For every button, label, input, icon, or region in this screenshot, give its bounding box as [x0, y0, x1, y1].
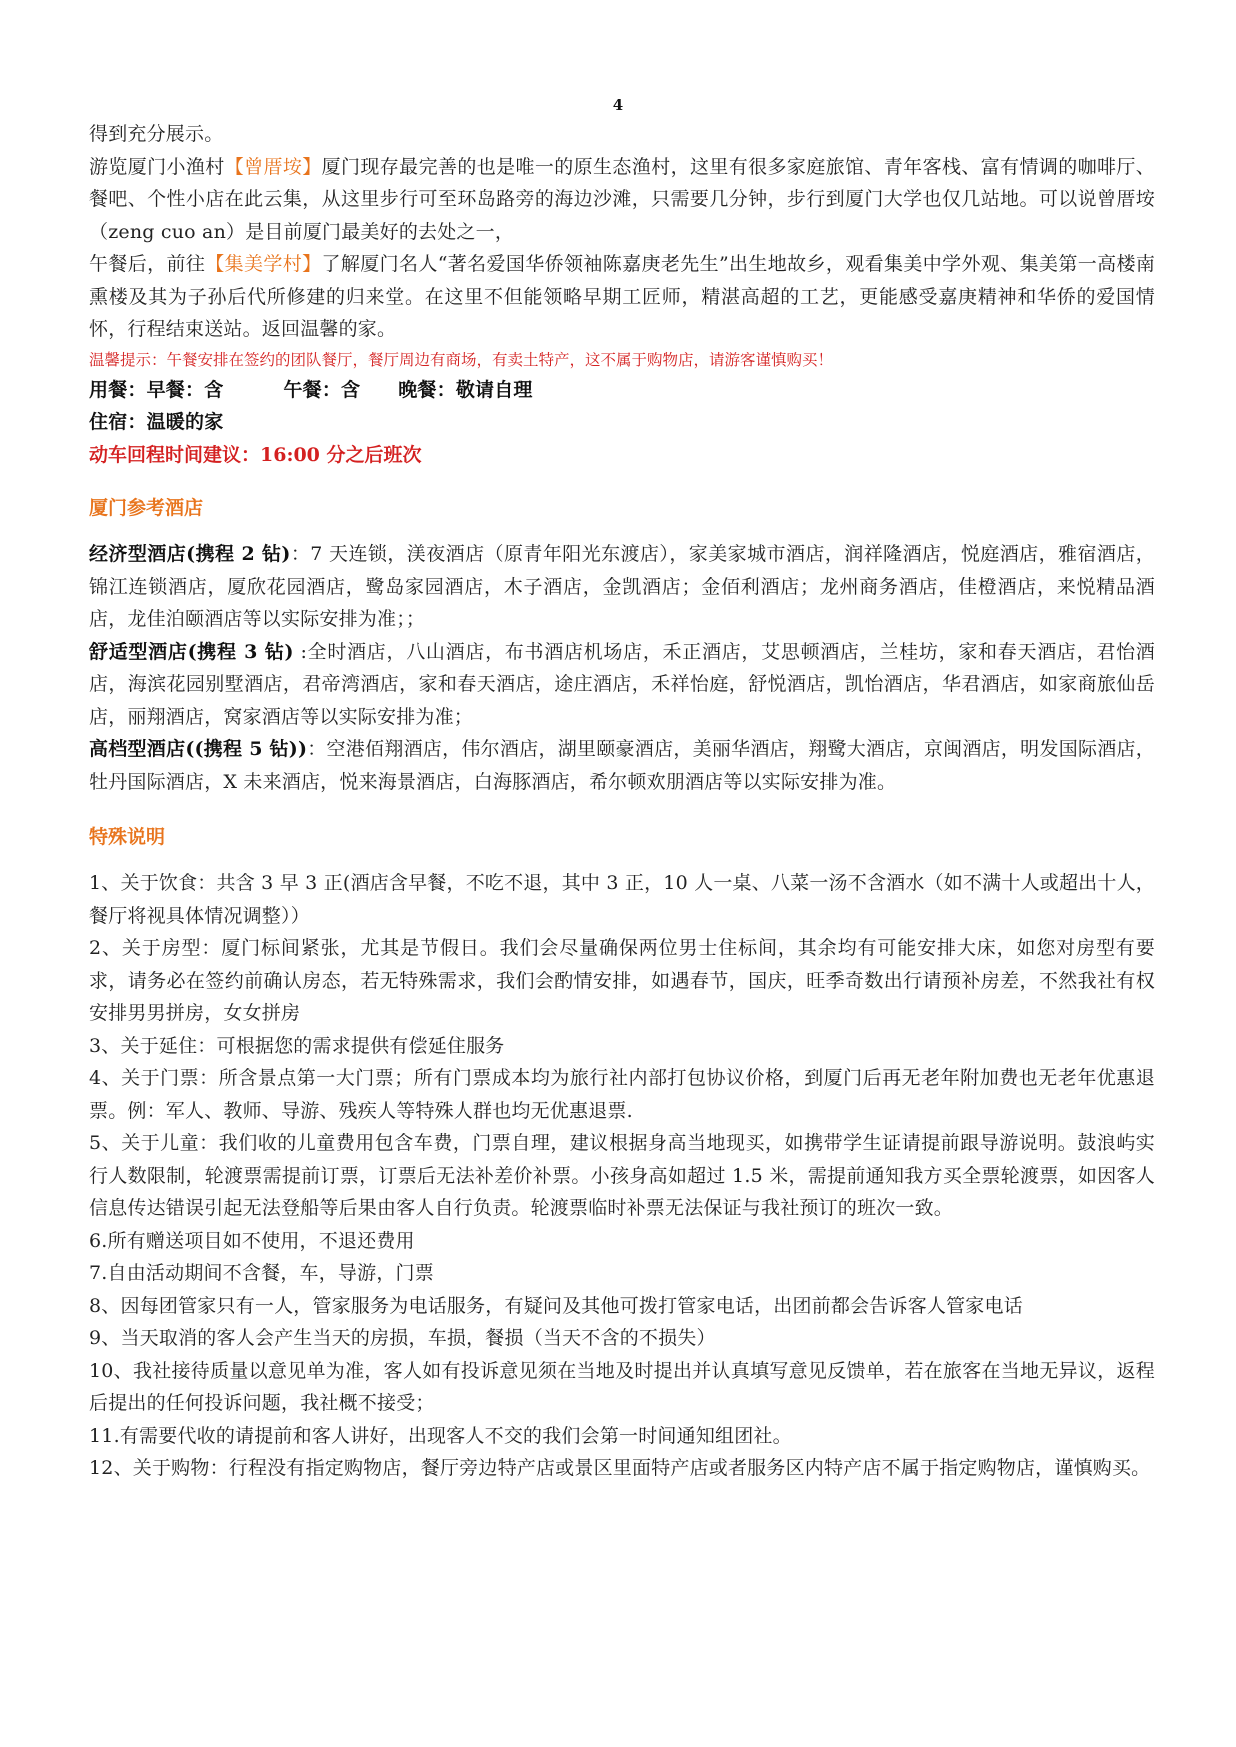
note-item: 6.所有赠送项目如不使用，不退还费用 — [89, 1225, 1155, 1258]
meals-label: 用餐： — [89, 379, 147, 401]
hotel-tier-label: 经济型酒店(携程 2 钻) — [89, 543, 291, 565]
lunch: 午餐：含 — [283, 379, 360, 401]
hotels-section-title: 厦门参考酒店 — [89, 493, 1155, 520]
warm-tip: 温馨提示：午餐安排在签约的团队餐厅，餐厅周边有商场，有卖土特产，这不属于购物店，… — [89, 346, 1155, 374]
hotel-tier-comfort: 舒适型酒店(携程 3 钻) :全时酒店，八山酒店，布书酒店机场店，禾正酒店，艾思… — [89, 636, 1155, 734]
paragraph-jimei: 午餐后，前往【集美学村】了解厦门名人“著名爱国华侨领袖陈嘉庚老先生”出生地故乡，… — [89, 248, 1155, 346]
note-item: 12、关于购物：行程没有指定购物店，餐厅旁边特产店或景区里面特产店或者服务区内特… — [89, 1452, 1155, 1485]
notes-section-title: 特殊说明 — [89, 822, 1155, 849]
highlight-jimei: 【集美学村】 — [205, 253, 321, 275]
paragraph-zengcuoan: 游览厦门小渔村【曾厝垵】厦门现存最完善的也是唯一的原生态渔村，这里有很多家庭旅馆… — [89, 151, 1155, 249]
note-item: 11.有需要代收的请提前和客人讲好，出现客人不交的我们会第一时间通知组团社。 — [89, 1420, 1155, 1453]
note-item: 1、关于饮食：共含 3 早 3 正(酒店含早餐，不吃不退，其中 3 正，10 人… — [89, 867, 1155, 932]
note-item: 3、关于延住：可根据您的需求提供有偿延住服务 — [89, 1030, 1155, 1063]
note-item: 5、关于儿童：我们收的儿童费用包含车费，门票自理，建议根据身高当地现买，如携带学… — [89, 1127, 1155, 1225]
train-advice: 动车回程时间建议：16:00 分之后班次 — [89, 439, 1155, 472]
hotel-tier-label: 高档型酒店((携程 5 钻)) — [89, 738, 307, 760]
hotel-tier-label: 舒适型酒店(携程 3 钻) — [89, 641, 294, 663]
note-item: 9、当天取消的客人会产生当天的房损，车损，餐损（当天不含的不损失） — [89, 1322, 1155, 1355]
hotel-tier-economy: 经济型酒店(携程 2 钻)：7 天连锁，渼夜酒店（原青年阳光东渡店），家美家城市… — [89, 538, 1155, 636]
continued-text: 得到充分展示。 — [89, 118, 1155, 151]
hotel-tier-premium: 高档型酒店((携程 5 钻))：空港佰翔酒店，伟尔酒店，湖里颐豪酒店，美丽华酒店… — [89, 733, 1155, 798]
note-item: 2、关于房型：厦门标间紧张，尤其是节假日。我们会尽量确保两位男士住标间，其余均有… — [89, 932, 1155, 1030]
meals-line: 用餐：早餐：含午餐：含晚餐：敬请自理 — [89, 374, 1155, 407]
document-page: 4 得到充分展示。 游览厦门小渔村【曾厝垵】厦门现存最完善的也是唯一的原生态渔村… — [0, 0, 1236, 1747]
note-item: 10、我社接待质量以意见单为准，客人如有投诉意见须在当地及时提出并认真填写意见反… — [89, 1355, 1155, 1420]
highlight-zengcuoan: 【曾厝垵】 — [225, 156, 322, 178]
dinner: 晚餐：敬请自理 — [398, 379, 532, 401]
page-number: 4 — [0, 96, 1236, 114]
text: 午餐后，前往 — [89, 253, 205, 275]
breakfast: 早餐：含 — [147, 379, 224, 401]
text: 游览厦门小渔村 — [89, 156, 225, 178]
note-item: 7.自由活动期间不含餐，车，导游，门票 — [89, 1257, 1155, 1290]
note-item: 8、因每团管家只有一人，管家服务为电话服务，有疑问及其他可拨打管家电话，出团前都… — [89, 1290, 1155, 1323]
lodging-line: 住宿：温暖的家 — [89, 406, 1155, 439]
note-item: 4、关于门票：所含景点第一大门票；所有门票成本均为旅行社内部打包协议价格，到厦门… — [89, 1062, 1155, 1127]
page-content: 得到充分展示。 游览厦门小渔村【曾厝垵】厦门现存最完善的也是唯一的原生态渔村，这… — [89, 118, 1155, 1485]
